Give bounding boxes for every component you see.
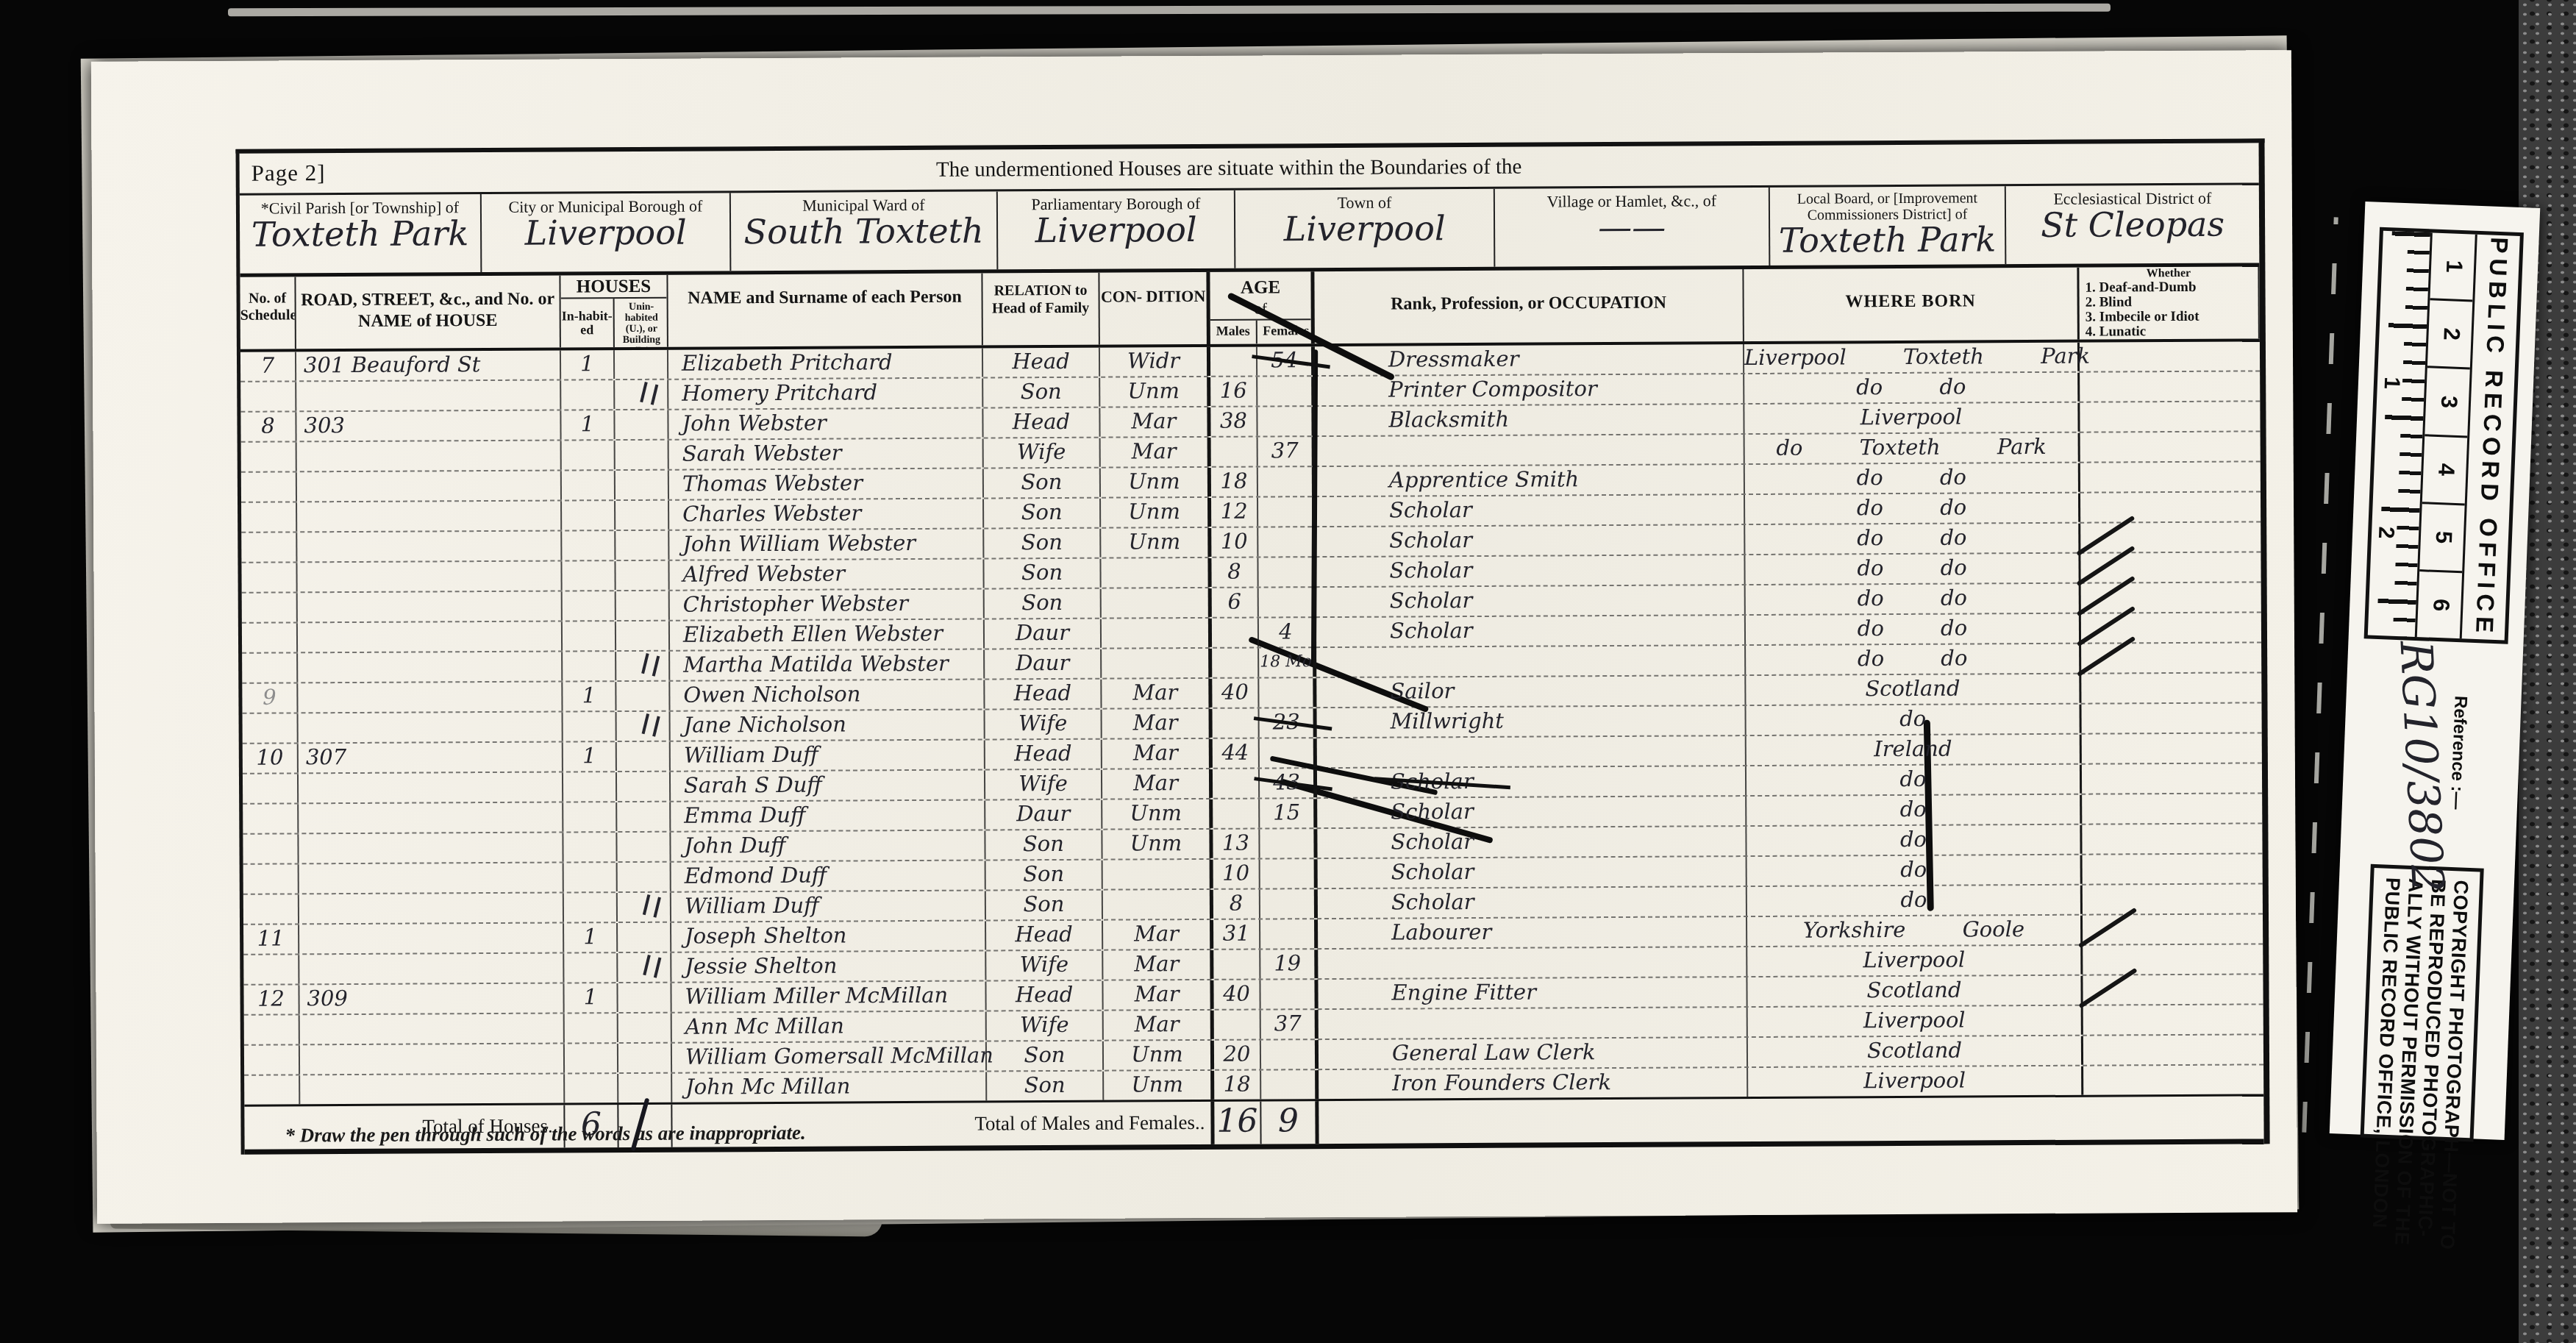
cell-schedule	[241, 563, 297, 591]
cell-whether	[2080, 492, 2261, 521]
cell-age-females: 37	[1261, 1010, 1319, 1039]
cell-whether	[2080, 552, 2261, 582]
cell-age-females	[1259, 588, 1316, 616]
cell-road	[296, 381, 561, 411]
cell-relation: Son	[984, 469, 1101, 498]
header-name: NAME and Surname of each Person	[668, 273, 983, 346]
district-value: ——	[1495, 207, 1769, 248]
cell-occupation: Scholar	[1318, 887, 1747, 918]
cell-born: Scotland	[1747, 976, 2083, 1006]
cell-whether	[2082, 824, 2262, 853]
district-header: *Civil Parish [or Township] of Toxteth P…	[240, 185, 2260, 277]
pro-stamp-content: PUBLIC RECORD OFFICE 123456 1 2 Referenc…	[2330, 202, 2541, 1140]
cell-born: Scotland	[1746, 674, 2081, 705]
header-whether: Whether 1. Deaf-and-Dumb2. Blind3. Imbec…	[2079, 266, 2260, 339]
cell-inhabited	[562, 561, 616, 590]
cell-relation: Wife	[987, 1011, 1104, 1041]
cell-whether	[2080, 371, 2260, 401]
cell-schedule	[241, 502, 297, 531]
cell-condition: Unm	[1102, 799, 1213, 829]
cell-schedule	[242, 593, 298, 621]
cell-born: Liverpool	[1744, 403, 2080, 433]
cell-condition: Unm	[1104, 1041, 1214, 1070]
cell-whether	[2080, 462, 2261, 491]
cell-relation: Son	[983, 378, 1100, 407]
cell-age-males: 6	[1212, 588, 1259, 617]
reference-section: Reference :— RG10/3802	[2391, 640, 2472, 863]
cell-age-males	[1213, 769, 1260, 798]
pro-stamp: PUBLIC RECORD OFFICE 123456 1 2 Referenc…	[2330, 202, 2541, 1140]
cell-road	[298, 682, 563, 712]
cell-whether	[2083, 1065, 2263, 1094]
cell-uninhabited	[618, 1014, 672, 1042]
cell-age-females	[1258, 467, 1316, 496]
cell-age-females	[1260, 738, 1317, 767]
cell-inhabited	[562, 471, 616, 499]
cell-road	[297, 471, 562, 502]
cell-age-females: 4	[1259, 618, 1316, 646]
cell-relation: Daur	[985, 800, 1102, 830]
cell-name: John Duff	[671, 830, 985, 861]
cell-uninhabited	[617, 772, 671, 801]
cell-road	[298, 621, 563, 652]
cell-born: do do	[1745, 554, 2080, 584]
cell-condition: Widr	[1100, 347, 1210, 377]
cell-relation: Head	[986, 921, 1103, 950]
cell-occupation: Printer Compositor	[1315, 374, 1744, 405]
cell-age-females: 15	[1260, 799, 1317, 827]
cell-relation: Daur	[985, 649, 1102, 679]
cell-road	[299, 953, 564, 983]
cell-inhabited: 1	[564, 983, 618, 1012]
cell-road	[298, 591, 563, 621]
cell-name: John Webster	[668, 408, 983, 438]
cell-occupation: Scholar	[1316, 525, 1745, 556]
cell-occupation: Scholar	[1317, 827, 1747, 858]
ruler-number: 1	[2430, 232, 2475, 302]
cell-relation: Head	[985, 740, 1102, 769]
header-occupation: Rank, Profession, or OCCUPATION	[1314, 269, 1744, 343]
header-born: WHERE BORN	[1744, 268, 2080, 341]
cell-born: Scotland	[1748, 1036, 2083, 1066]
cell-condition: Unm	[1101, 528, 1211, 557]
cell-uninhabited	[616, 591, 670, 620]
cell-age-females	[1261, 1070, 1319, 1099]
cell-relation: Son	[984, 499, 1101, 528]
cell-schedule: 12	[243, 985, 299, 1014]
cell-occupation: Iron Founders Clerk	[1319, 1068, 1748, 1099]
cell-condition	[1103, 890, 1213, 919]
cell-age-females	[1260, 859, 1318, 888]
cell-age-females	[1258, 497, 1316, 526]
header-road: ROAD, STREET, &c., and No. or NAME of HO…	[296, 276, 561, 349]
cell-schedule: 8	[240, 412, 296, 441]
district-value: Liverpool	[482, 212, 729, 253]
cell-condition: Unm	[1100, 377, 1210, 407]
cell-relation: Son	[987, 1041, 1104, 1071]
cell-relation: Son	[985, 830, 1102, 860]
pro-ruler: PUBLIC RECORD OFFICE 123456 1 2	[2364, 227, 2524, 644]
cell-condition: Mar	[1100, 407, 1210, 437]
cell-schedule	[242, 623, 298, 652]
cell-age-females	[1260, 919, 1318, 948]
cell-whether	[2081, 703, 2261, 733]
cell-relation: Son	[986, 891, 1103, 920]
cell-inhabited	[562, 531, 616, 560]
cell-occupation: Scholar	[1316, 495, 1745, 526]
district-column: City or Municipal Borough of Liverpool	[482, 193, 732, 272]
cell-relation: Son	[984, 529, 1101, 558]
cell-name: William Miller McMillan	[671, 981, 986, 1011]
cell-name: Elizabeth Pritchard	[668, 348, 983, 378]
cell-name: William Duff	[671, 740, 985, 770]
cell-occupation	[1317, 736, 1747, 767]
cell-occupation: Scholar	[1316, 585, 1746, 616]
cell-road: 303	[296, 411, 561, 441]
cell-relation: Daur	[985, 619, 1102, 649]
district-value: South Toxteth	[731, 210, 996, 252]
header-schedule: No. of Schedule	[240, 277, 296, 349]
district-value: Toxteth Park	[240, 213, 480, 254]
copyright-box: COPYRIGHT PHOTOGRAPH—NOT TOBE REPRODUCED…	[2361, 864, 2484, 1142]
cell-age-females	[1258, 527, 1316, 556]
cell-inhabited	[564, 863, 618, 891]
cell-age-males: 38	[1210, 407, 1257, 436]
cell-inhabited	[564, 893, 618, 922]
district-column: Municipal Ward of South Toxteth	[731, 191, 999, 271]
cell-condition: Unm	[1101, 468, 1211, 497]
cell-condition: Mar	[1102, 679, 1212, 708]
cell-occupation: Millwright	[1317, 706, 1747, 737]
ruler-number: 2	[2427, 301, 2472, 370]
film-edge-sliver	[228, 4, 2111, 17]
cell-whether	[2083, 854, 2263, 883]
cell-condition	[1102, 649, 1212, 678]
header-inhabited: In-habit-ed	[561, 299, 615, 347]
cell-age-females	[1257, 407, 1315, 435]
ruler-number: 6	[2417, 571, 2462, 638]
cell-occupation: Labourer	[1318, 917, 1747, 948]
cell-name: Joseph Shelton	[671, 921, 986, 951]
cell-relation: Son	[984, 559, 1101, 588]
cell-relation: Wife	[985, 710, 1102, 739]
cell-age-males: 12	[1211, 498, 1258, 527]
cell-occupation	[1318, 947, 1747, 978]
cell-whether	[2080, 432, 2261, 461]
microfilm-photo: Page 2] The undermentioned Houses are si…	[0, 0, 2576, 1343]
cell-whether	[2080, 341, 2260, 371]
cell-age-males	[1211, 438, 1258, 466]
cell-inhabited	[564, 953, 618, 982]
total-females-value: 9	[1261, 1101, 1319, 1144]
cell-age-males	[1213, 950, 1260, 979]
film-dashed-line	[2302, 217, 2338, 1132]
district-column: Ecclesiastical District of St Cleopas	[2006, 185, 2260, 264]
totals-empty	[1319, 1096, 2263, 1144]
cell-uninhabited	[616, 621, 670, 650]
ruler-number: 3	[2425, 368, 2469, 438]
cell-whether	[2080, 522, 2261, 552]
district-value: St Cleopas	[2006, 204, 2259, 245]
cell-occupation	[1316, 646, 1746, 677]
cell-inhabited	[565, 1014, 618, 1042]
header-age-males: Males	[1210, 321, 1257, 344]
ruler-number: 5	[2419, 504, 2464, 573]
cell-inhabited: 1	[563, 742, 617, 771]
cell-age-females	[1259, 678, 1316, 707]
cell-name: John Mc Millan	[672, 1072, 987, 1102]
census-form: Page 2] The undermentioned Houses are si…	[236, 138, 2270, 1154]
total-males-value: 16	[1214, 1102, 1261, 1144]
cell-relation: Son	[987, 1072, 1104, 1101]
cell-schedule	[243, 804, 299, 833]
census-sheet: Page 2] The undermentioned Houses are si…	[91, 50, 2297, 1224]
cell-inhabited: 1	[561, 350, 615, 379]
cell-name: Sarah S Duff	[671, 770, 985, 800]
cell-condition	[1103, 860, 1213, 889]
cell-name: Charles Webster	[669, 499, 984, 529]
cell-condition: Unm	[1104, 1071, 1214, 1100]
cell-whether	[2081, 673, 2261, 702]
cell-condition: Unm	[1102, 830, 1213, 859]
cell-age-females: 37	[1258, 437, 1316, 466]
whether-item: 3. Imbecile or Idiot	[2080, 309, 2258, 324]
cell-age-males: 40	[1212, 679, 1259, 708]
film-grain-band	[2519, 0, 2576, 1343]
cell-name: John William Webster	[669, 529, 984, 559]
cell-whether	[2083, 1035, 2263, 1064]
ruler-inch-2: 2	[2373, 526, 2399, 539]
cell-age-males	[1214, 1011, 1261, 1039]
cell-name: Homery Pritchard	[668, 378, 983, 408]
cell-uninhabited	[615, 410, 668, 439]
cell-born: Yorkshire Goole	[1747, 916, 2083, 946]
cell-age-females: 54	[1257, 346, 1315, 375]
cell-relation: Head	[986, 981, 1103, 1011]
cell-born: do	[1747, 765, 2082, 795]
district-column: Parliamentary Borough of Liverpool	[998, 190, 1236, 270]
cell-road	[299, 893, 564, 923]
cell-schedule: 10	[243, 744, 299, 772]
cell-schedule	[241, 442, 297, 471]
cell-relation: Wife	[985, 770, 1102, 799]
cell-inhabited	[565, 1044, 618, 1072]
cell-name: Jane Nicholson	[671, 710, 985, 740]
cell-road	[299, 802, 563, 833]
cell-uninhabited	[617, 742, 671, 771]
cell-age-males: 8	[1213, 890, 1260, 919]
cell-schedule	[241, 472, 297, 501]
cell-age-males: 10	[1211, 528, 1258, 557]
cell-condition	[1102, 588, 1212, 618]
cell-uninhabited	[616, 441, 669, 469]
cell-name: Sarah Webster	[669, 438, 984, 469]
cell-name: Edmond Duff	[671, 861, 986, 891]
cell-road	[299, 923, 564, 953]
cell-born: do do	[1744, 373, 2080, 403]
cell-inhabited	[563, 712, 617, 741]
cell-inhabited	[563, 802, 617, 831]
cell-age-males	[1210, 347, 1257, 376]
cell-name: Jessie Shelton	[671, 951, 986, 981]
cell-born: do	[1747, 705, 2082, 735]
cell-age-females	[1260, 980, 1318, 1008]
cell-inhabited	[563, 772, 617, 801]
cell-uninhabited	[618, 983, 671, 1012]
cell-occupation: Blacksmith	[1315, 405, 1744, 435]
cell-born: do	[1747, 795, 2082, 825]
cell-age-males: 16	[1210, 377, 1257, 406]
cell-age-females	[1257, 377, 1315, 405]
cell-born: Ireland	[1747, 735, 2082, 765]
cell-relation: Head	[985, 680, 1102, 709]
cell-age-males: 40	[1213, 980, 1260, 1009]
cell-road	[299, 863, 564, 893]
cell-schedule: 9	[242, 683, 298, 712]
cell-condition: Mar	[1103, 920, 1213, 950]
cell-whether	[2081, 643, 2261, 672]
cell-road	[300, 1014, 565, 1044]
cell-occupation: Engine Fitter	[1318, 977, 1747, 1008]
whether-item: 4. Lunatic	[2080, 324, 2258, 339]
ruler-number: 4	[2422, 436, 2467, 505]
cell-inhabited: 1	[561, 410, 615, 439]
cell-age-males: 10	[1213, 860, 1260, 888]
cell-born: do do	[1745, 463, 2080, 494]
district-label: Local Board, or [Improvement Commissione…	[1770, 186, 2005, 224]
cell-born: Liverpool	[1748, 1066, 2083, 1097]
cell-relation: Head	[983, 348, 1100, 377]
cell-born: do	[1747, 855, 2083, 886]
cell-relation: Wife	[986, 951, 1103, 980]
cell-relation: Son	[985, 589, 1102, 619]
cell-inhabited	[563, 591, 616, 620]
cell-whether	[2081, 583, 2261, 612]
cell-condition: Mar	[1102, 709, 1213, 738]
cell-age-males: 18	[1211, 468, 1258, 496]
cell-whether	[2083, 944, 2263, 974]
district-column: Village or Hamlet, &c., of ——	[1495, 188, 1771, 267]
cell-road	[297, 531, 562, 561]
cell-schedule	[242, 653, 298, 682]
cell-uninhabited	[618, 863, 671, 891]
cell-age-females: 19	[1260, 950, 1318, 978]
cell-condition: Mar	[1103, 950, 1213, 980]
cell-schedule	[244, 1045, 300, 1074]
cell-name: William Gomersall McMillan	[672, 1041, 987, 1072]
cell-occupation	[1319, 1008, 1748, 1039]
cell-inhabited	[565, 1074, 618, 1102]
cell-schedule	[241, 532, 297, 561]
cell-born: do do	[1745, 524, 2080, 554]
cell-age-males: 20	[1214, 1041, 1261, 1069]
header-relation: RELATION to Head of Family	[982, 273, 1100, 346]
cell-name: Ann Mc Millan	[672, 1011, 987, 1041]
cell-whether	[2082, 763, 2262, 793]
cell-uninhabited	[616, 561, 669, 590]
cell-road	[297, 561, 562, 591]
cell-road	[297, 502, 562, 532]
cell-condition: Mar	[1102, 769, 1213, 799]
cell-age-females	[1260, 889, 1318, 918]
table-rows: 7 301 Beauford St 1 Elizabeth Pritchard …	[240, 341, 2263, 1104]
cell-uninhabited	[616, 501, 669, 530]
cell-age-males	[1213, 709, 1260, 738]
cell-occupation: Scholar	[1317, 766, 1747, 797]
cell-occupation: Scholar	[1317, 797, 1747, 827]
cell-inhabited	[563, 652, 616, 680]
whether-item: 2. Blind	[2080, 294, 2258, 310]
cell-condition: Mar	[1103, 980, 1213, 1010]
cell-born: Liverpool Toxteth Park	[1744, 343, 2080, 373]
cell-inhabited	[561, 380, 615, 409]
form-title: The undermentioned Houses are situate wi…	[936, 155, 1522, 182]
cell-age-males: 8	[1211, 558, 1258, 587]
cell-name: Martha Matilda Webster	[670, 649, 985, 680]
cell-uninhabited	[617, 802, 671, 831]
cell-age-females	[1260, 829, 1317, 858]
cell-age-females	[1261, 1040, 1319, 1069]
cell-inhabited	[562, 501, 616, 530]
cell-whether	[2082, 733, 2262, 763]
cell-age-males: 44	[1213, 739, 1260, 768]
cell-whether	[2081, 613, 2261, 642]
cell-road: 309	[299, 983, 564, 1014]
form-footnote: * Draw the pen through such of the words…	[285, 1122, 805, 1147]
cell-schedule	[243, 955, 299, 983]
cell-occupation	[1316, 435, 1745, 466]
cell-uninhabited	[616, 682, 670, 710]
cell-relation: Head	[983, 408, 1100, 438]
cell-schedule	[243, 713, 299, 742]
cell-occupation: Dressmaker	[1315, 344, 1744, 375]
district-column: *Civil Parish [or Township] of Toxteth P…	[240, 194, 482, 274]
cell-born: do Toxteth Park	[1745, 433, 2080, 463]
cell-condition: Mar	[1102, 739, 1213, 769]
cell-age-males	[1212, 649, 1259, 677]
cell-schedule	[244, 1075, 300, 1104]
cell-occupation: Sailor	[1316, 676, 1746, 707]
cell-schedule	[243, 864, 299, 893]
cell-schedule: 11	[243, 925, 299, 953]
cell-road	[300, 1074, 565, 1104]
cell-whether	[2083, 914, 2263, 944]
cell-relation: Wife	[984, 438, 1101, 468]
cell-condition	[1101, 558, 1211, 588]
cell-condition	[1102, 619, 1212, 648]
cell-name: William Duff	[671, 891, 986, 921]
header-condition: CON- DITION	[1099, 272, 1210, 345]
whether-item: 1. Deaf-and-Dumb	[2079, 279, 2258, 295]
district-column: Local Board, or [Improvement Commissione…	[1770, 186, 2007, 266]
cell-uninhabited	[618, 1044, 672, 1072]
cell-born: do do	[1745, 494, 2080, 524]
cell-road	[299, 772, 563, 802]
cell-born: Liverpool	[1747, 946, 2083, 976]
cell-schedule	[243, 894, 299, 923]
cell-road: 307	[299, 742, 563, 772]
cell-schedule	[244, 1015, 300, 1044]
cell-born: do	[1747, 825, 2082, 855]
cell-name: Emma Duff	[671, 800, 985, 830]
cell-born: do do	[1746, 584, 2081, 614]
cell-road: 301 Beauford St	[296, 351, 561, 381]
cell-schedule	[243, 774, 299, 802]
cell-schedule: 7	[240, 352, 296, 380]
cell-whether	[2083, 884, 2263, 913]
cell-road	[300, 1044, 565, 1074]
cell-inhabited	[562, 441, 616, 469]
